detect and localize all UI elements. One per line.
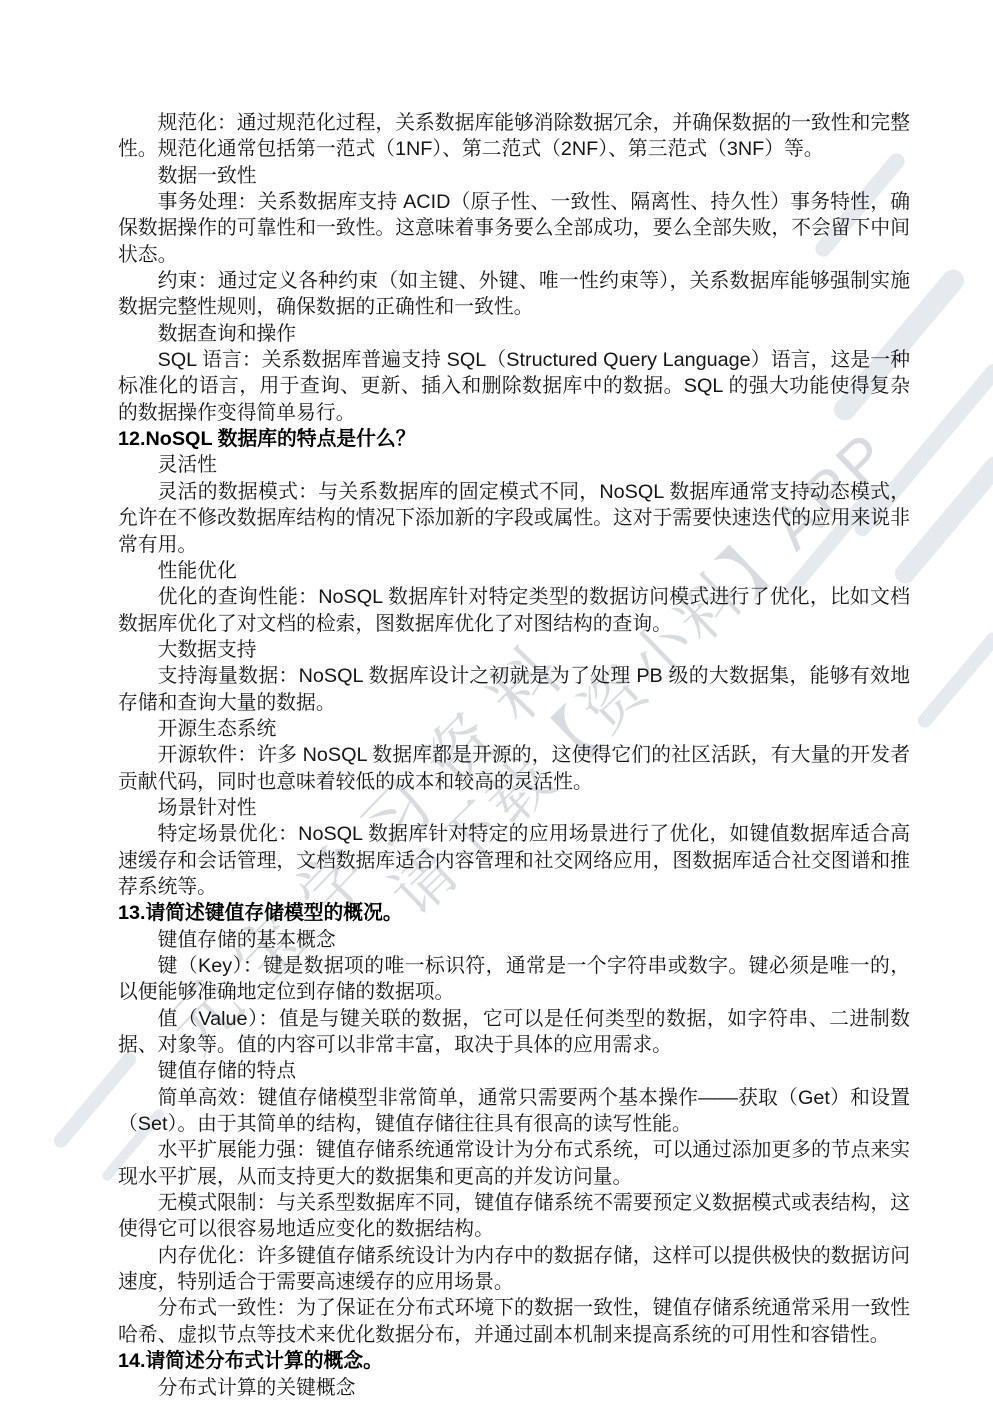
paragraph: 约束：通过定义各种约束（如主键、外键、唯一性约束等），关系数据库能够强制实施数据… xyxy=(118,268,910,321)
paragraph: 键值存储的特点 xyxy=(118,1058,910,1084)
paragraph: 开源软件：许多 NoSQL 数据库都是开源的，这使得它们的社区活跃，有大量的开发… xyxy=(118,742,910,795)
paragraph: 支持海量数据：NoSQL 数据库设计之初就是为了处理 PB 级的大数据集，能够有… xyxy=(118,663,910,716)
paragraph: 数据查询和操作 xyxy=(118,321,910,347)
paragraph: 灵活性 xyxy=(118,452,910,478)
paragraph: 简单高效：键值存储模型非常简单，通常只需要两个基本操作——获取（Get）和设置（… xyxy=(118,1085,910,1138)
paragraph: 性能优化 xyxy=(118,558,910,584)
watermark-streak xyxy=(915,630,993,731)
paragraph: 事务处理：关系数据库支持 ACID（原子性、一致性、隔离性、持久性）事务特性，确… xyxy=(118,189,910,268)
page-background: 元宝学习资料请下载【资小料】APP 规范化：通过规范化过程，关系数据库能够消除数… xyxy=(0,0,993,1404)
paragraph: 分布式一致性：为了保证在分布式环境下的数据一致性，键值存储系统通常采用一致性哈希… xyxy=(118,1295,910,1348)
paragraph: 数据一致性 xyxy=(118,163,910,189)
paragraph: 开源生态系统 xyxy=(118,716,910,742)
paragraph: 规范化：通过规范化过程，关系数据库能够消除数据冗余，并确保数据的一致性和完整性。… xyxy=(118,110,910,163)
paragraph: 大数据支持 xyxy=(118,637,910,663)
paragraph: SQL 语言：关系数据库普遍支持 SQL（Structured Query La… xyxy=(118,347,910,426)
document-body: 规范化：通过规范化过程，关系数据库能够消除数据冗余，并确保数据的一致性和完整性。… xyxy=(118,110,910,1401)
paragraph: 灵活的数据模式：与关系数据库的固定模式不同，NoSQL 数据库通常支持动态模式，… xyxy=(118,479,910,558)
paragraph: 内存优化：许多键值存储系统设计为内存中的数据存储，这样可以提供极快的数据访问速度… xyxy=(118,1243,910,1296)
paragraph: 值（Value）：值是与键关联的数据，它可以是任何类型的数据，如字符串、二进制数… xyxy=(118,1006,910,1059)
paragraph: 键（Key）：键是数据项的唯一标识符，通常是一个字符串或数字。键必须是唯一的，以… xyxy=(118,953,910,1006)
question-heading: 13.请简述键值存储模型的概况。 xyxy=(118,900,910,926)
paragraph: 无模式限制：与关系型数据库不同，键值存储系统不需要预定义数据模式或表结构，这使得… xyxy=(118,1190,910,1243)
paragraph: 水平扩展能力强：键值存储系统通常设计为分布式系统，可以通过添加更多的节点来实现水… xyxy=(118,1137,910,1190)
paragraph: 键值存储的基本概念 xyxy=(118,927,910,953)
question-heading: 14.请简述分布式计算的概念。 xyxy=(118,1348,910,1374)
document-page: { "page": { "width": 993, "height": 1404… xyxy=(0,0,993,1404)
paragraph: 特定场景优化：NoSQL 数据库针对特定的应用场景进行了优化，如键值数据库适合高… xyxy=(118,821,910,900)
paragraph: 场景针对性 xyxy=(118,795,910,821)
paragraph: 优化的查询性能：NoSQL 数据库针对特定类型的数据访问模式进行了优化，比如文档… xyxy=(118,584,910,637)
question-heading: 12.NoSQL 数据库的特点是什么？ xyxy=(118,426,910,452)
paragraph: 分布式计算的关键概念 xyxy=(118,1375,910,1401)
